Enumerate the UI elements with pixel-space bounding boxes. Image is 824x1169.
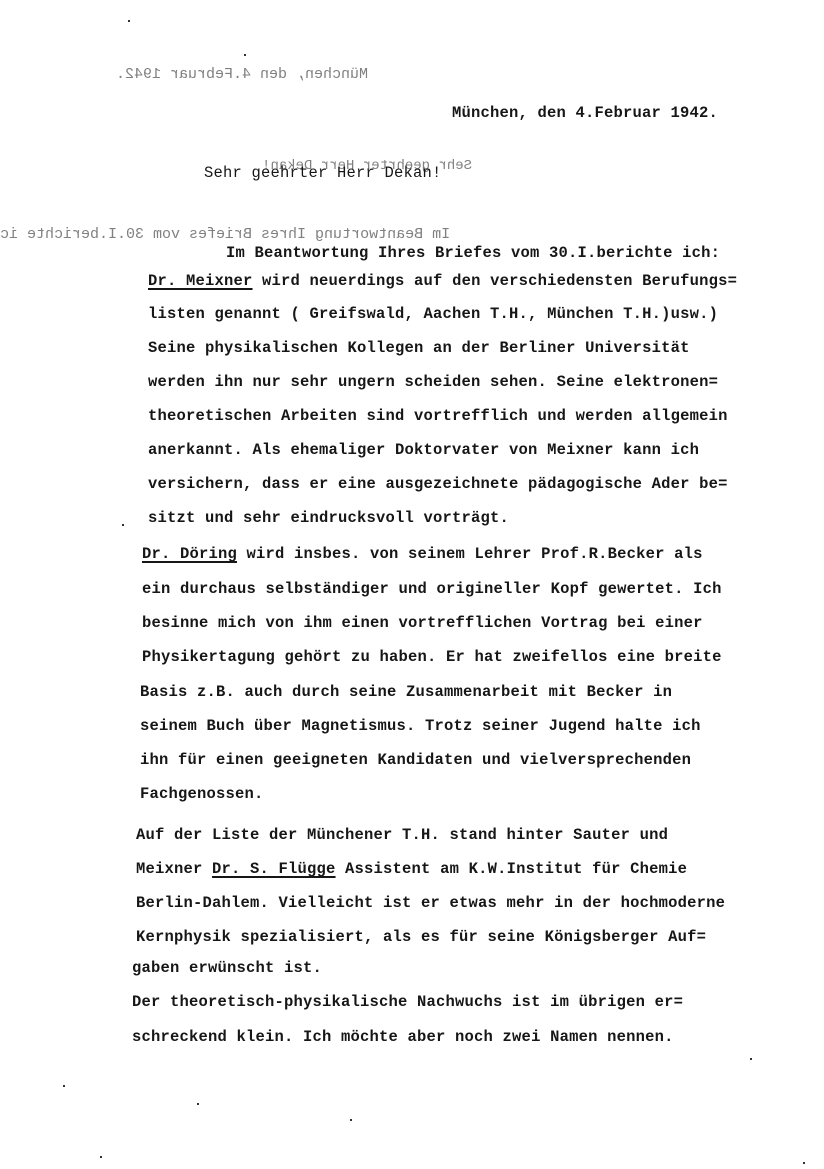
opening-line: Im Beantwortung Ihres Briefes vom 30.I.b… <box>226 244 720 262</box>
scan-speck <box>122 524 124 526</box>
ghost-opening-mirrored: Im Beantwortung Ihres Briefes vom 30.I.b… <box>0 226 450 243</box>
date-line: München, den 4.Februar 1942. <box>452 104 718 122</box>
salutation: Sehr geehrter Herr Dekan! <box>204 164 442 182</box>
paragraph-fluegge-line-5: gaben erwünscht ist. <box>132 959 322 977</box>
paragraph-closing-line-2: schreckend klein. Ich möchte aber noch z… <box>132 1028 674 1046</box>
scan-speck <box>100 1156 102 1158</box>
paragraph-doering-line-5: Basis z.B. auch durch seine Zusammenarbe… <box>140 683 672 701</box>
scan-speck <box>63 1085 65 1087</box>
candidate-name-meixner: Dr. Meixner <box>148 272 253 290</box>
paragraph-doering-line-6: seinem Buch über Magnetismus. Trotz sein… <box>140 717 701 735</box>
line-text: wird insbes. von seinem Lehrer Prof.R.Be… <box>237 545 703 563</box>
candidate-name-doering: Dr. Döring <box>142 545 237 563</box>
paragraph-meixner-line-8: sitzt und sehr eindrucksvoll vorträgt. <box>148 509 509 527</box>
paragraph-meixner-line-3: Seine physikalischen Kollegen an der Ber… <box>148 339 690 357</box>
paragraph-doering-line-1: Dr. Döring wird insbes. von seinem Lehre… <box>142 545 703 563</box>
paragraph-fluegge-line-3: Berlin-Dahlem. Vielleicht ist er etwas m… <box>136 894 725 912</box>
scan-speck <box>750 1058 752 1060</box>
paragraph-fluegge-line-2: Meixner Dr. S. Flügge Assistent am K.W.I… <box>136 860 687 878</box>
line-text: Meixner <box>136 860 212 878</box>
candidate-name-fluegge: Dr. S. Flügge <box>212 860 336 878</box>
paragraph-doering-line-2: ein durchaus selbständiger und originell… <box>142 580 722 598</box>
scan-speck <box>244 54 246 56</box>
paragraph-doering-line-7: ihn für einen geeigneten Kandidaten und … <box>140 751 691 769</box>
scan-speck <box>350 1119 352 1121</box>
paragraph-meixner-line-1: Dr. Meixner wird neuerdings auf den vers… <box>148 272 737 290</box>
scan-speck <box>128 20 130 22</box>
line-text: wird neuerdings auf den verschiedensten … <box>253 272 738 290</box>
paragraph-fluegge-line-4: Kernphysik spezialisiert, als es für sei… <box>136 928 706 946</box>
paragraph-doering-line-8: Fachgenossen. <box>140 785 264 803</box>
scan-speck <box>197 1103 199 1105</box>
ghost-date-mirrored: München, den 4.Februar 1942. <box>116 66 368 83</box>
paragraph-meixner-line-7: versichern, dass er eine ausgezeichnete … <box>148 475 728 493</box>
letter-page: München, den 4.Februar 1942. Sehr geehrt… <box>0 0 824 1169</box>
line-text: Assistent am K.W.Institut für Chemie <box>336 860 688 878</box>
paragraph-doering-line-4: Physikertagung gehört zu haben. Er hat z… <box>142 648 722 666</box>
scan-speck <box>803 1162 805 1164</box>
paragraph-fluegge-line-1: Auf der Liste der Münchener T.H. stand h… <box>136 826 668 844</box>
paragraph-closing-line-1: Der theoretisch-physikalische Nachwuchs … <box>132 993 683 1011</box>
paragraph-doering-line-3: besinne mich von ihm einen vortreffliche… <box>142 614 703 632</box>
paragraph-meixner-line-2: listen genannt ( Greifswald, Aachen T.H.… <box>148 305 718 323</box>
paragraph-meixner-line-4: werden ihn nur sehr ungern scheiden sehe… <box>148 373 718 391</box>
paragraph-meixner-line-5: theoretischen Arbeiten sind vortrefflich… <box>148 407 728 425</box>
paragraph-meixner-line-6: anerkannt. Als ehemaliger Doktorvater vo… <box>148 441 699 459</box>
